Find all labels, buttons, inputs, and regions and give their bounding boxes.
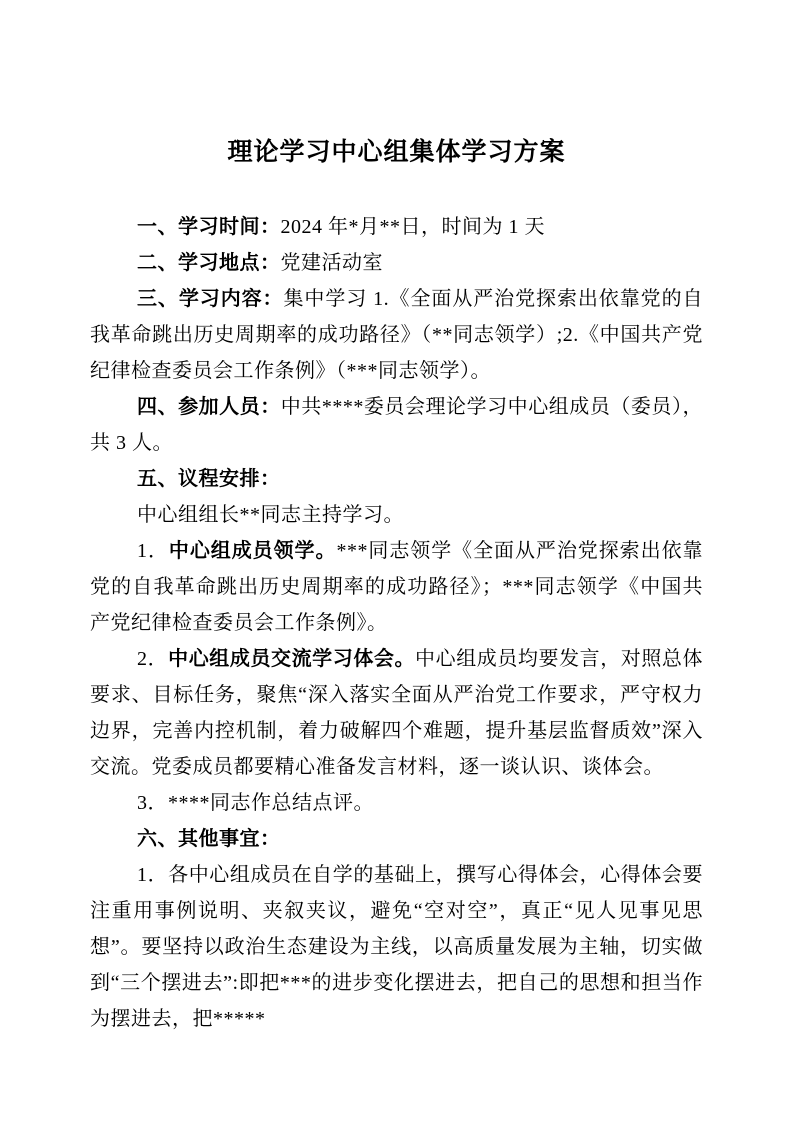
paragraph-text: 中心组组长**同志主持学习。 [137,504,404,526]
paragraph-study-content: 三、学习内容：集中学习 1.《全面从严治党探索出依靠党的自我革命跳出历史周期率的… [90,281,703,389]
paragraph-lead: 五、议程安排： [137,468,281,490]
paragraph-prefix: 2． [137,648,168,670]
paragraph-lead: 二、学习地点： [137,252,281,274]
document-page: 理论学习中心组集体学习方案 一、学习时间：2024 年*月**日，时间为 1 天… [0,0,793,1122]
paragraph-lead: 中心组成员领学。 [169,540,337,562]
paragraph-agenda-item-3: 3．****同志作总结点评。 [90,785,703,821]
paragraph-study-place: 二、学习地点：党建活动室 [90,245,703,281]
paragraph-text: 2024 年*月**日，时间为 1 天 [281,216,546,238]
paragraph-agenda-item-2: 2．中心组成员交流学习体会。中心组成员均要发言，对照总体要求、目标任务，聚焦“深… [90,641,703,785]
paragraph-host: 中心组组长**同志主持学习。 [90,497,703,533]
paragraph-text: 1．各中心组成员在自学的基础上，撰写心得体会，心得体会要注重用事例说明、夹叙夹议… [90,864,703,1030]
paragraph-text: 3．****同志作总结点评。 [137,792,374,814]
paragraph-lead: 中心组成员交流学习体会。 [168,648,415,670]
paragraph-lead: 一、学习时间： [137,216,281,238]
paragraph-agenda-heading: 五、议程安排： [90,461,703,497]
paragraph-prefix: 1． [137,540,169,562]
paragraph-lead: 三、学习内容： [137,288,283,310]
paragraph-agenda-item-1: 1．中心组成员领学。***同志领学《全面从严治党探索出依靠党的自我革命跳出历史周… [90,533,703,641]
paragraph-lead: 四、参加人员： [137,396,281,418]
paragraph-lead: 六、其他事宜： [137,828,281,850]
document-title: 理论学习中心组集体学习方案 [90,133,703,173]
paragraph-other-matters-heading: 六、其他事宜： [90,821,703,857]
paragraph-study-time: 一、学习时间：2024 年*月**日，时间为 1 天 [90,209,703,245]
paragraph-other-matters-item-1: 1．各中心组成员在自学的基础上，撰写心得体会，心得体会要注重用事例说明、夹叙夹议… [90,857,703,1037]
paragraph-text: 党建活动室 [281,252,384,274]
paragraph-participants: 四、参加人员：中共****委员会理论学习中心组成员（委员），共 3 人。 [90,389,703,461]
